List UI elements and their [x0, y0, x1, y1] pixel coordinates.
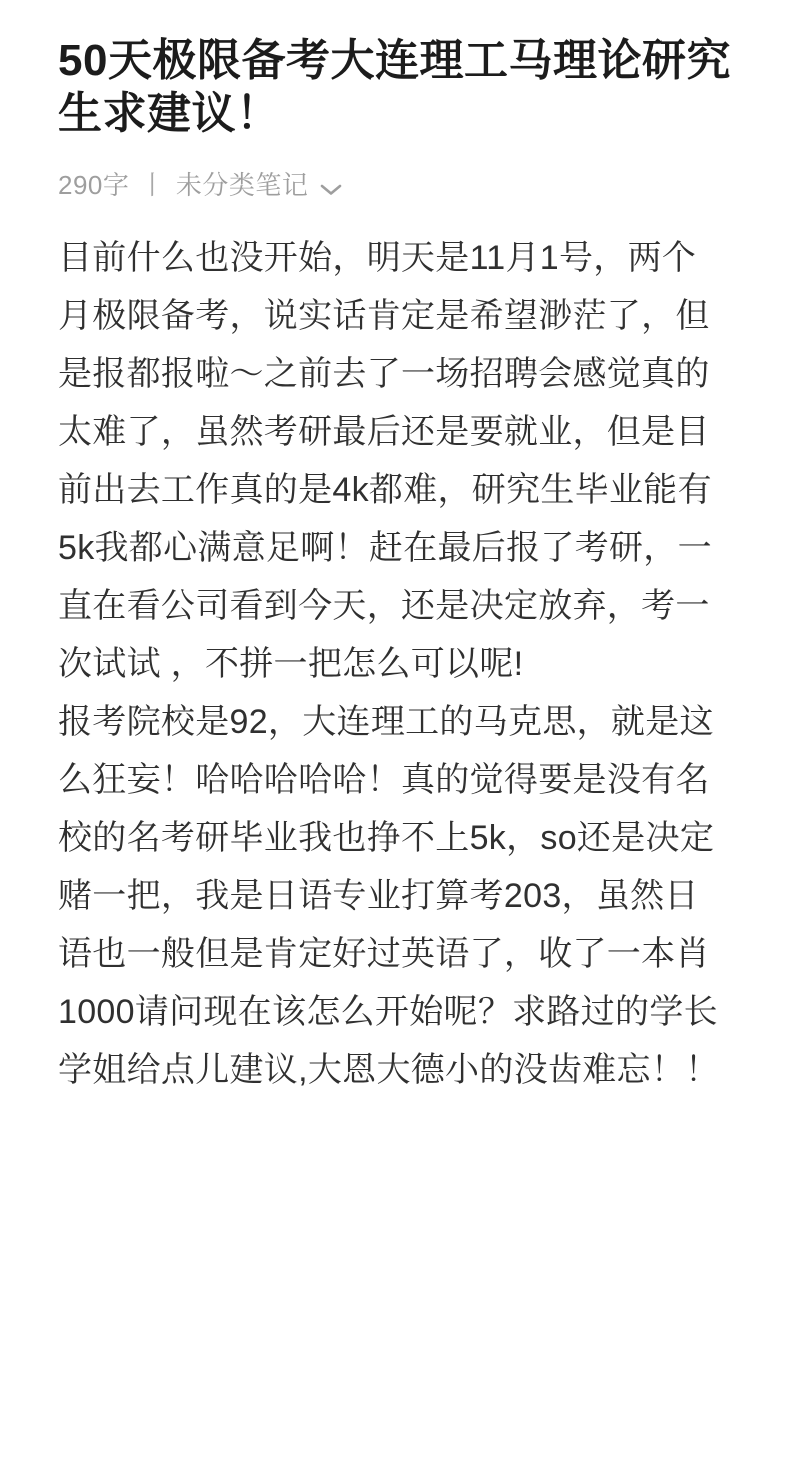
chevron-down-icon: [320, 171, 342, 203]
note-paragraph-1: 目前什么也没开始，明天是11月1号，两个 月极限备考，说实话肯定是希望渺茫了，但…: [58, 229, 758, 693]
note-paragraph-2: 报考院校是92，大连理工的马克思，就是这 么狂妄！哈哈哈哈哈！真的觉得要是没有名…: [58, 693, 758, 1099]
note-meta-row: 290字 丨 未分类笔记: [58, 169, 758, 201]
category-label: 未分类笔记: [176, 169, 309, 201]
word-count: 290字: [58, 169, 129, 201]
meta-separator: 丨: [139, 169, 166, 201]
note-title[interactable]: 50天极限备考大连理工马理论研究 生求建议！: [58, 34, 758, 140]
note-body-editor[interactable]: 目前什么也没开始，明天是11月1号，两个 月极限备考，说实话肯定是希望渺茫了，但…: [58, 229, 758, 1099]
note-page: 50天极限备考大连理工马理论研究 生求建议！ 290字 丨 未分类笔记 目前什么…: [0, 0, 800, 1462]
category-selector[interactable]: 未分类笔记: [176, 169, 343, 201]
